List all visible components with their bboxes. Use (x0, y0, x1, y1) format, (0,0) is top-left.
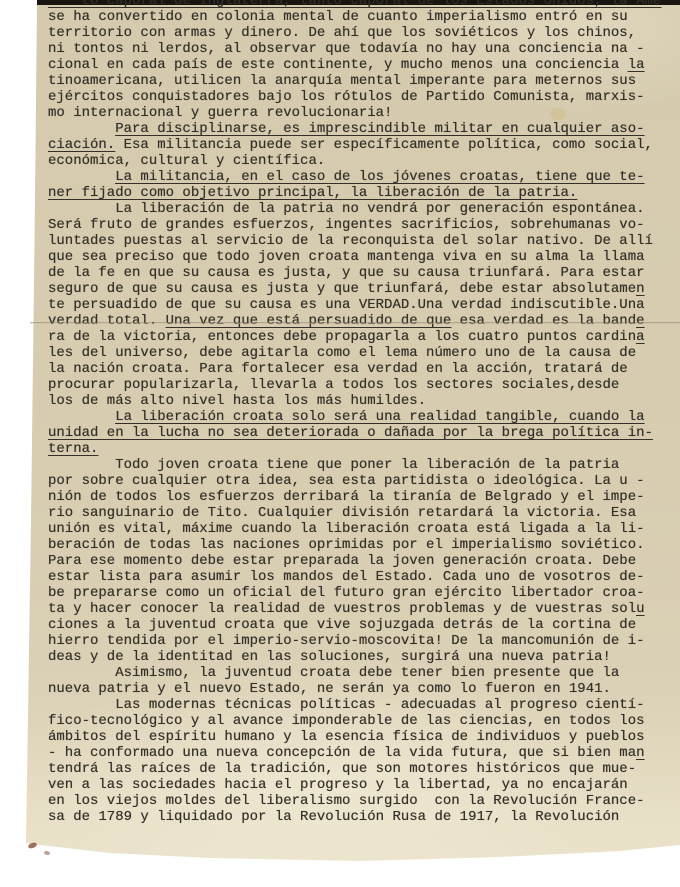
text-line: ner fijado como objetivo principal, la l… (48, 185, 668, 201)
typewritten-text: to caporal de Inglaterra, tanto caporal … (48, 0, 668, 825)
text-line: Será fruto de grandes esfuerzos, ingente… (48, 217, 668, 233)
text-line: - ha conformado una nueva concepción de … (48, 745, 668, 761)
text-line: la nación croata. Para fortalecer esa ve… (48, 361, 668, 377)
text-line: Asimismo, la juventud croata debe tener … (48, 665, 668, 681)
text-line: to caporal de Inglaterra, tanto caporal … (48, 0, 668, 9)
text-line: terna. (48, 441, 668, 457)
text-line: La militancia, en el caso de los jóvenes… (48, 169, 668, 185)
text-line: La liberación croata solo será una reali… (48, 409, 668, 425)
text-line: en los viejos moldes del liberalismo sur… (48, 793, 668, 809)
text-line: tinoamericana, utilicen la anarquía ment… (48, 73, 668, 89)
text-line: Para disciplinarse, es imprescindible mi… (48, 121, 668, 137)
text-line: nión de todos los esfuerzos derribará la… (48, 489, 668, 505)
text-line: luntades puestas al servicio de la recon… (48, 233, 668, 249)
text-line: hierro tendida por el imperio-servio-mos… (48, 633, 668, 649)
text-line: nueva patria y el nuevo Estado, ne serán… (48, 681, 668, 697)
text-line: ta y hacer conocer la realidad de vuestr… (48, 601, 668, 617)
text-line: be prepararse como un oficial del futuro… (48, 585, 668, 601)
text-line: se ha convertido en colonia mental de cu… (48, 9, 668, 25)
text-line: ven a las sociedades hacia el progreso y… (48, 777, 668, 793)
text-line: de la fe en que su causa es justa, y que… (48, 265, 668, 281)
text-line: Todo joven croata tiene que poner la lib… (48, 457, 668, 473)
text-line: mo internacional y guerra revolucionaria… (48, 105, 668, 121)
text-line: verdad total. Una vez que está persuadid… (48, 313, 668, 329)
text-line: rio sanguinario de Tito. Cualquier divis… (48, 505, 668, 521)
text-line: ámbitos del espíritu humano y la esencia… (48, 729, 668, 745)
text-line: ejércitos conquistadores bajo los rótulo… (48, 89, 668, 105)
text-line: Las modernas técnicas políticas - adecua… (48, 697, 668, 713)
text-line: beración de todas las naciones oprimidas… (48, 537, 668, 553)
ink-stain (44, 850, 51, 855)
text-line: tendrá las raíces de la tradición, que s… (48, 761, 668, 777)
text-line: unidad en la lucha no sea deteriorada o … (48, 425, 668, 441)
text-line: ni tontos ni lerdos, al observar que tod… (48, 41, 668, 57)
text-line: seguro de que su causa es justa y que tr… (48, 281, 668, 297)
text-line: ciones a la juventud croata que vive soj… (48, 617, 668, 633)
text-line: territorio con armas y dinero. De ahí qu… (48, 25, 668, 41)
text-line: los de más alto nivel hasta los más humi… (48, 393, 668, 409)
text-line: cional en cada país de este continente, … (48, 57, 668, 73)
text-line: Para ese momento debe estar preparada la… (48, 553, 668, 569)
text-line: sa de 1789 y liquidado por la Revolución… (48, 809, 668, 825)
scanned-document: { "page": { "background_color": "#ffffff… (0, 0, 680, 887)
text-line: económica, cultural y científica. (48, 153, 668, 169)
text-line: ciación. Esa militancia puede ser especí… (48, 137, 668, 153)
text-line: ra de la victoria, entonces debe propaga… (48, 329, 668, 345)
text-line: unión es vital, máxime cuando la liberac… (48, 521, 668, 537)
text-line: por sobre cualquier otra idea, sea esta … (48, 473, 668, 489)
text-line: procurar popularizarla, llevarla a todos… (48, 377, 668, 393)
text-line: deas y de la identitad en las soluciones… (48, 649, 668, 665)
text-line: estar lista para asumir los mandos del E… (48, 569, 668, 585)
text-line: te persuadido de que su causa es una VER… (48, 297, 668, 313)
text-line: fico-tecnológico y al avance imponderabl… (48, 713, 668, 729)
text-line: que sea preciso que todo joven croata ma… (48, 249, 668, 265)
text-line: les del universo, debe agitarla como el … (48, 345, 668, 361)
text-line: La liberación de la patria no vendrá por… (48, 201, 668, 217)
